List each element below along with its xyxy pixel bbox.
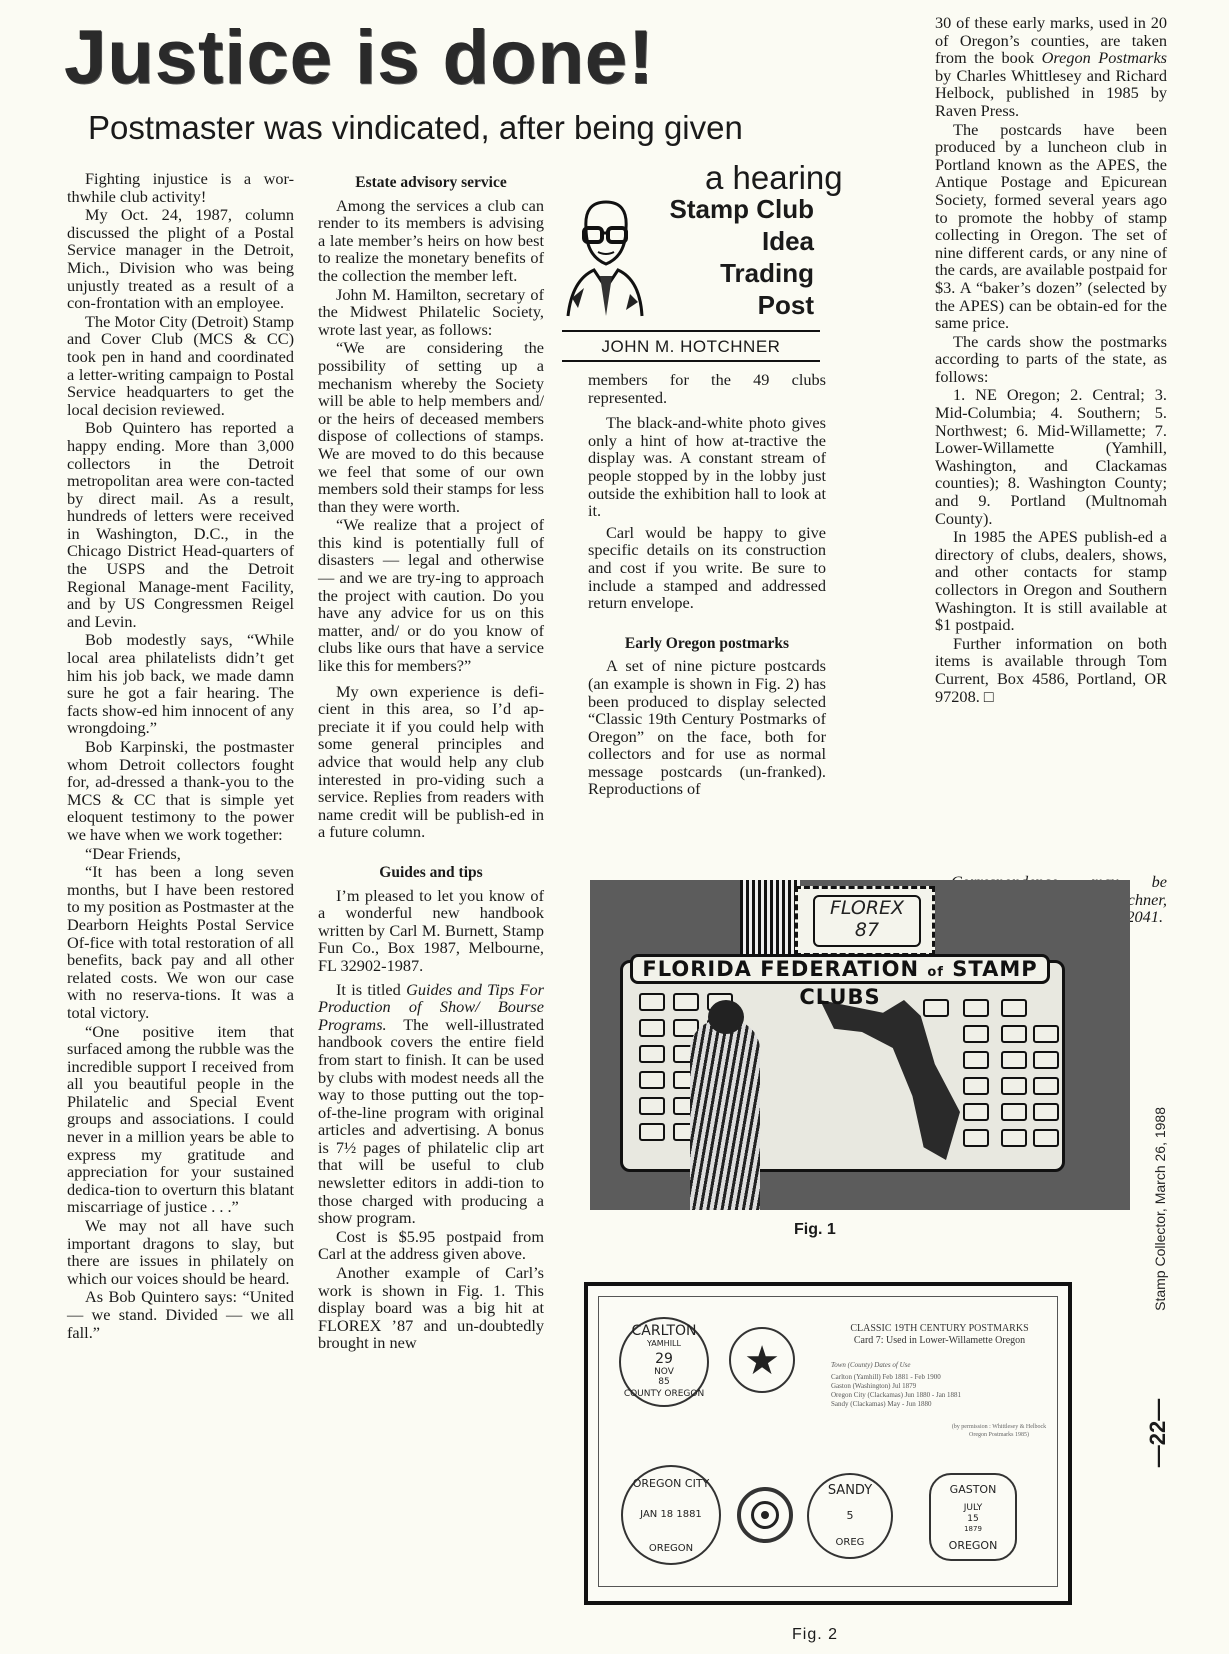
paragraph: “Dear Friends, [67, 845, 294, 863]
article-column-4: 30 of these early marks, used in 20 of O… [935, 14, 1167, 706]
divider [562, 360, 820, 362]
paragraph: Another example of Carl’s work is shown … [318, 1264, 544, 1352]
paragraph: The postcards have been produced by a lu… [935, 121, 1167, 332]
section-heading-guides: Guides and tips [318, 864, 544, 882]
paragraph: My Oct. 24, 1987, column discussed the p… [67, 206, 294, 312]
paragraph: “One positive item that surfaced among t… [67, 1023, 294, 1217]
paragraph: Bob Karpinski, the postmaster whom Detro… [67, 738, 294, 844]
paragraph: “We realize that a project of this kind … [318, 516, 544, 674]
paragraph: Cost is $5.95 postpaid from Carl at the … [318, 1228, 544, 1263]
section-heading-estate: Estate advisory service [318, 174, 544, 192]
figure-2-caption: Fig. 2 [792, 1626, 838, 1644]
carlton-postmark: CARLTON YAMHILL 29 NOV 85 COUNTY OREGON [619, 1317, 709, 1407]
subheadline: Postmaster was vindicated, after being g… [88, 110, 888, 146]
paragraph: members for the 49 clubs represented. [588, 371, 826, 406]
paragraph: Among the services a club can render to … [318, 197, 544, 285]
paragraph: The cards show the postmarks according t… [935, 333, 1167, 386]
paragraph: The black-and-white photo gives only a h… [588, 414, 826, 520]
star-cancel-icon: ★ [729, 1327, 795, 1393]
card-title: CLASSIC 19TH CENTURY POSTMARKS Card 7: U… [817, 1323, 1062, 1347]
article-column-1: Fighting injustice is a wor-thwhile club… [67, 170, 294, 1342]
paragraph: As Bob Quintero says: “United — we stand… [67, 1288, 294, 1341]
oregon-city-postmark: OREGON CITY JAN 18 1881 OREGON [621, 1465, 721, 1565]
figure-1-caption: Fig. 1 [794, 1221, 836, 1239]
book-title: Oregon Postmarks [1042, 48, 1167, 67]
paragraph: 30 of these early marks, used in 20 of O… [935, 14, 1167, 120]
paragraph: A set of nine picture postcards (an exam… [588, 657, 826, 798]
paragraph: We may not all have such important drago… [67, 1217, 294, 1287]
paragraph: I’m pleased to let you know of a wonderf… [318, 887, 544, 975]
paragraph: My own experience is defi-cient in this … [318, 683, 544, 841]
florex-stamp-graphic: FLOREX 87 [795, 886, 935, 956]
paragraph: John M. Hamilton, secretary of the Midwe… [318, 286, 544, 339]
federation-banner: FLORIDA FEDERATION of STAMP CLUBS [630, 954, 1050, 984]
figure-2-postcard: CARLTON YAMHILL 29 NOV 85 COUNTY OREGON … [584, 1282, 1072, 1605]
logo-title-line: Post [758, 292, 814, 318]
column-logo: Stamp Club Idea Trading Post JOHN M. HOT… [562, 190, 820, 370]
sandy-postmark: SANDY 5 OREG [807, 1473, 893, 1559]
paragraph: 1. NE Oregon; 2. Central; 3. Mid-Columbi… [935, 386, 1167, 527]
target-cancel-icon [737, 1487, 793, 1543]
paragraph: Bob modestly says, “While local area phi… [67, 631, 294, 737]
section-heading-oregon: Early Oregon postmarks [588, 635, 826, 653]
author-portrait-icon [564, 198, 644, 320]
paragraph: It is titled Guides and Tips For Product… [318, 981, 544, 1227]
article-column-2: Estate advisory service Among the servic… [318, 170, 544, 1353]
card-credit: (by permission : Whittlesey & Helbock Or… [929, 1423, 1069, 1439]
author-byline: JOHN M. HOTCHNER [562, 337, 820, 357]
paragraph: The Motor City (Detroit) Stamp and Cover… [67, 313, 294, 419]
paragraph: Further information on both items is ava… [935, 635, 1167, 705]
paragraph: Carl would be happy to give specific det… [588, 524, 826, 612]
divider [562, 330, 820, 332]
article-column-3: members for the 49 clubs represented. Th… [588, 371, 826, 799]
visitor-figure [690, 1020, 760, 1210]
card-town-list: Town (County) Dates of Use Carlton (Yamh… [831, 1361, 1066, 1409]
paragraph: Fighting injustice is a wor-thwhile club… [67, 170, 294, 205]
paragraph: “It has been a long seven months, but I … [67, 863, 294, 1021]
paragraph: In 1985 the APES publish-ed a directory … [935, 528, 1167, 634]
paragraph: “We are considering the possibility of s… [318, 339, 544, 515]
paragraph: Bob Quintero has reported a happy ending… [67, 419, 294, 630]
page-number: —22— [1140, 1386, 1180, 1480]
logo-title-line: Idea [762, 228, 814, 254]
logo-title-line: Stamp Club [670, 196, 814, 222]
gaston-postmark: GASTON JULY 15 1879 OREGON [929, 1473, 1017, 1561]
figure-1-photo: FLOREX 87 FLORIDA FEDERATION of STAMP CL… [590, 880, 1130, 1210]
logo-title-line: Trading [720, 260, 814, 286]
headline: Justice is done! [64, 20, 864, 96]
